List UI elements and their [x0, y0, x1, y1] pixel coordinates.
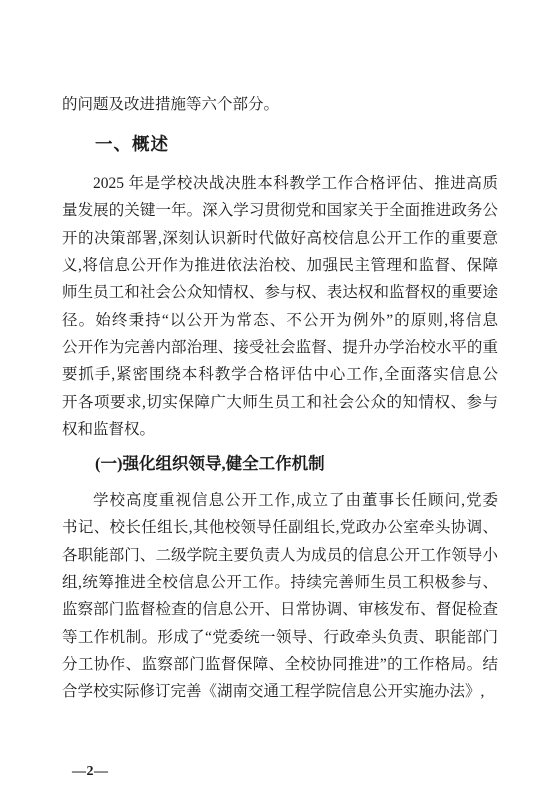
text-line: 师生员工和社会公众知情权、参与权、表达权和监督权的重要途 [62, 279, 498, 306]
document-page: 的问题及改进措施等六个部分。 一、概述 2025 年是学校决战决胜本科教学工作合… [0, 0, 560, 810]
overview-paragraph: 2025 年是学校决战决胜本科教学工作合格评估、推进高质量发展的关键一年。深入学… [62, 170, 498, 443]
text-line: 组,统筹推进全校信息公开工作。持续完善师生员工积极参与、 [62, 569, 498, 596]
text-line: 要抓手,紧密围绕本科教学合格评估中心工作,全面落实信息公 [62, 361, 498, 388]
text-line: 的问题及改进措施等六个部分。 [62, 91, 498, 118]
text-line: 分工协作、监察部门监督保障、全校协同推进”的工作格局。结 [62, 651, 498, 678]
organization-paragraph: 学校高度重视信息公开工作,成立了由董事长任顾问,党委书记、校长任组长,其他校领导… [62, 487, 498, 706]
text-line: 公开作为完善内部治理、接受社会监督、提升办学治校水平的重 [62, 334, 498, 361]
text-line: 径。始终秉持“以公开为常态、不公开为例外”的原则,将信息 [62, 307, 498, 334]
text-line: 书记、校长任组长,其他校领导任副组长,党政办公室牵头协调、 [62, 514, 498, 541]
text-line: 量发展的关键一年。深入学习贯彻党和国家关于全面推进政务公 [62, 197, 498, 224]
text-line: 合学校实际修订完善《湖南交通工程学院信息公开实施办法》, [62, 678, 498, 705]
text-line: 学校高度重视信息公开工作,成立了由董事长任顾问,党委 [62, 487, 498, 514]
text-line: 等工作机制。形成了“党委统一领导、行政牵头负责、职能部门 [62, 624, 498, 651]
page-number: —2— [72, 762, 109, 782]
text-line: 权和监督权。 [62, 416, 498, 443]
section-heading: 一、概述 [62, 131, 531, 158]
text-line: 义,将信息公开作为推进依法治校、加强民主管理和监督、保障 [62, 252, 498, 279]
text-line: 开的决策部署,深刻认识新时代做好高校信息公开工作的重要意 [62, 225, 498, 252]
continuation-paragraph: 的问题及改进措施等六个部分。 [62, 91, 498, 118]
text-line: 各职能部门、二级学院主要负责人为成员的信息公开工作领导小 [62, 542, 498, 569]
text-line: 开各项要求,切实保障广大师生员工和社会公众的知情权、参与 [62, 389, 498, 416]
subsection-heading: (一)强化组织领导,健全工作机制 [62, 450, 531, 477]
text-line: 监察部门监督检查的信息公开、日常协调、审核发布、督促检查 [62, 596, 498, 623]
text-line: 2025 年是学校决战决胜本科教学工作合格评估、推进高质 [62, 170, 498, 197]
